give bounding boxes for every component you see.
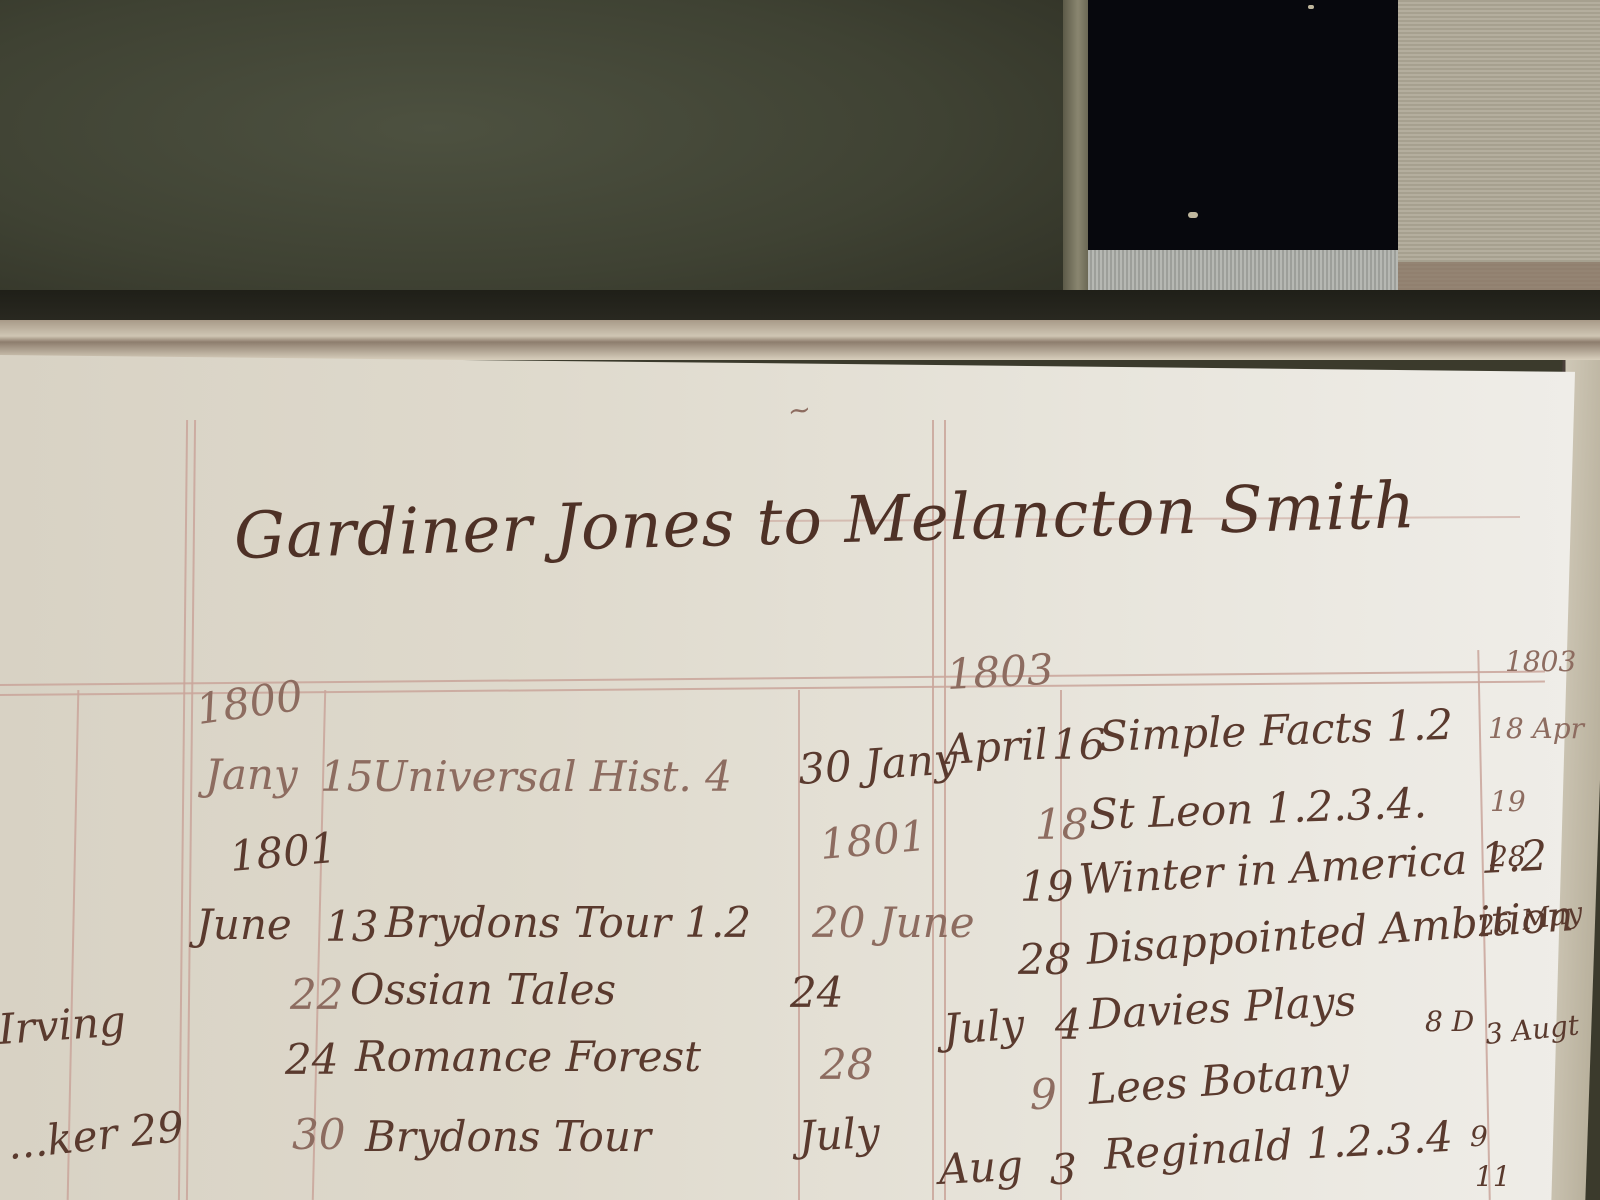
ledger-page-edges: [0, 320, 1600, 360]
entry-returned: 28: [820, 1040, 873, 1089]
year-header: 1803: [945, 644, 1054, 699]
entry-day: 16: [1052, 720, 1105, 769]
entry-month: April: [942, 720, 1049, 774]
entry-returned: 9: [1470, 1120, 1488, 1153]
entry-returned: 28: [1490, 840, 1526, 873]
entry-day: 3: [1050, 1145, 1077, 1194]
entry-day: 19: [1020, 862, 1073, 911]
returned-year-header: 1803: [1505, 645, 1576, 678]
entry-day: 18: [1035, 800, 1088, 849]
year-row: 1801: [228, 823, 339, 881]
dust-fleck: [1308, 5, 1314, 9]
entry-returned: 18 Apr: [1488, 712, 1584, 745]
entry-day: 30: [292, 1110, 345, 1159]
dust-fleck: [1188, 212, 1198, 218]
entry-returned: 11: [1475, 1160, 1511, 1193]
entry-month: July: [942, 999, 1026, 1054]
entry-day: 22: [290, 970, 343, 1019]
entry-title: Universal Hist. 4: [372, 752, 732, 801]
entry-title: Ossian Tales: [350, 965, 616, 1014]
top-mark: ~: [785, 392, 813, 428]
green-felt-board: [0, 0, 1085, 320]
entry-returned: July: [797, 1108, 881, 1161]
margin-fragment: Irving: [0, 996, 127, 1054]
entry-month: Aug: [937, 1141, 1024, 1194]
entry-day: 24: [285, 1035, 338, 1084]
entry-day: 28: [1018, 935, 1071, 984]
entry-returned: 20 June: [812, 898, 975, 947]
entry-returned: 19: [1490, 785, 1526, 818]
black-panel: [1088, 0, 1400, 250]
entry-title: Romance Forest: [355, 1032, 701, 1081]
entry-day: 9: [1030, 1070, 1057, 1119]
entry-day: 4: [1055, 1000, 1082, 1049]
entry-month: Jany: [205, 750, 298, 799]
entry-title: Brydons Tour: [365, 1112, 651, 1161]
entry-day: 15: [320, 752, 373, 801]
entry-note: 8 D: [1425, 1005, 1474, 1038]
entry-month: June: [196, 900, 292, 949]
entry-title: Brydons Tour 1.2: [385, 898, 751, 947]
entry-day: 13: [325, 902, 378, 951]
entry-returned: 24: [790, 968, 843, 1017]
returned-year: 1801: [818, 811, 929, 869]
